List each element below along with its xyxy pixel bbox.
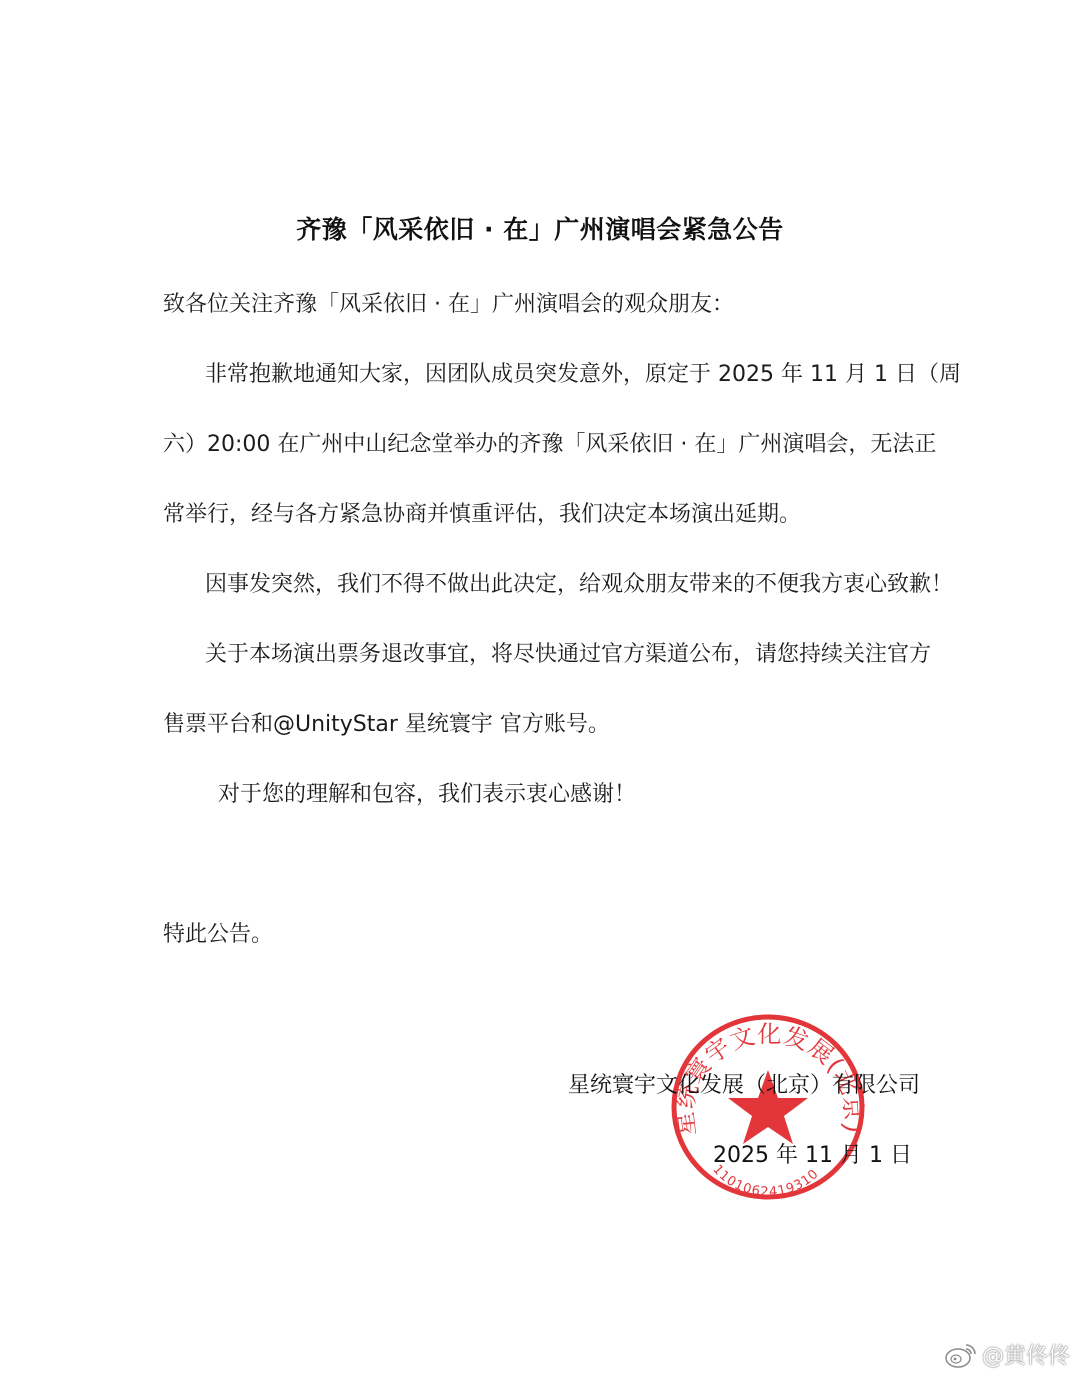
paragraph-3-line-1: 关于本场演出票务退改事宜，将尽快通过官方渠道公布，请您持续关注官方 (205, 640, 931, 670)
signature-company: 星统寰宇文化发展（北京）有限公司 (568, 1068, 920, 1099)
weibo-watermark: @黄佟佟 (944, 1339, 1070, 1370)
paragraph-2-line-1: 因事发突然，我们不得不做出此决定，给观众朋友带来的不便我方衷心致歉！ (205, 570, 953, 600)
company-seal-stamp: 星统寰宇文化发展(北京)有限公司 1101062419310 (668, 1012, 868, 1202)
salutation: 致各位关注齐豫「风采依旧 · 在」广州演唱会的观众朋友： (163, 290, 734, 320)
paragraph-1-line-3: 常举行，经与各方紧急协商并慎重评估，我们决定本场演出延期。 (163, 500, 801, 530)
paragraph-3-line-2: 售票平台和@UnityStar 星统寰宇 官方账号。 (163, 710, 610, 740)
closing-statement: 特此公告。 (163, 920, 273, 950)
watermark-handle: @黄佟佟 (982, 1339, 1070, 1370)
paragraph-4-line-1: 对于您的理解和包容，我们表示衷心感谢！ (218, 780, 636, 810)
signature-date: 2025 年 11 月 1 日 (713, 1138, 912, 1169)
weibo-icon (944, 1341, 978, 1369)
paragraph-1-line-2: 六）20:00 在广州中山纪念堂举办的齐豫「风采依旧 · 在」广州演唱会，无法正 (163, 430, 936, 460)
paragraph-1-line-1: 非常抱歉地通知大家，因团队成员突发意外，原定于 2025 年 11 月 1 日（… (205, 360, 961, 390)
document-title: 齐豫「风采依旧 · 在」广州演唱会紧急公告 (0, 210, 1080, 246)
document-page: 齐豫「风采依旧 · 在」广州演唱会紧急公告 致各位关注齐豫「风采依旧 · 在」广… (0, 0, 1080, 1380)
